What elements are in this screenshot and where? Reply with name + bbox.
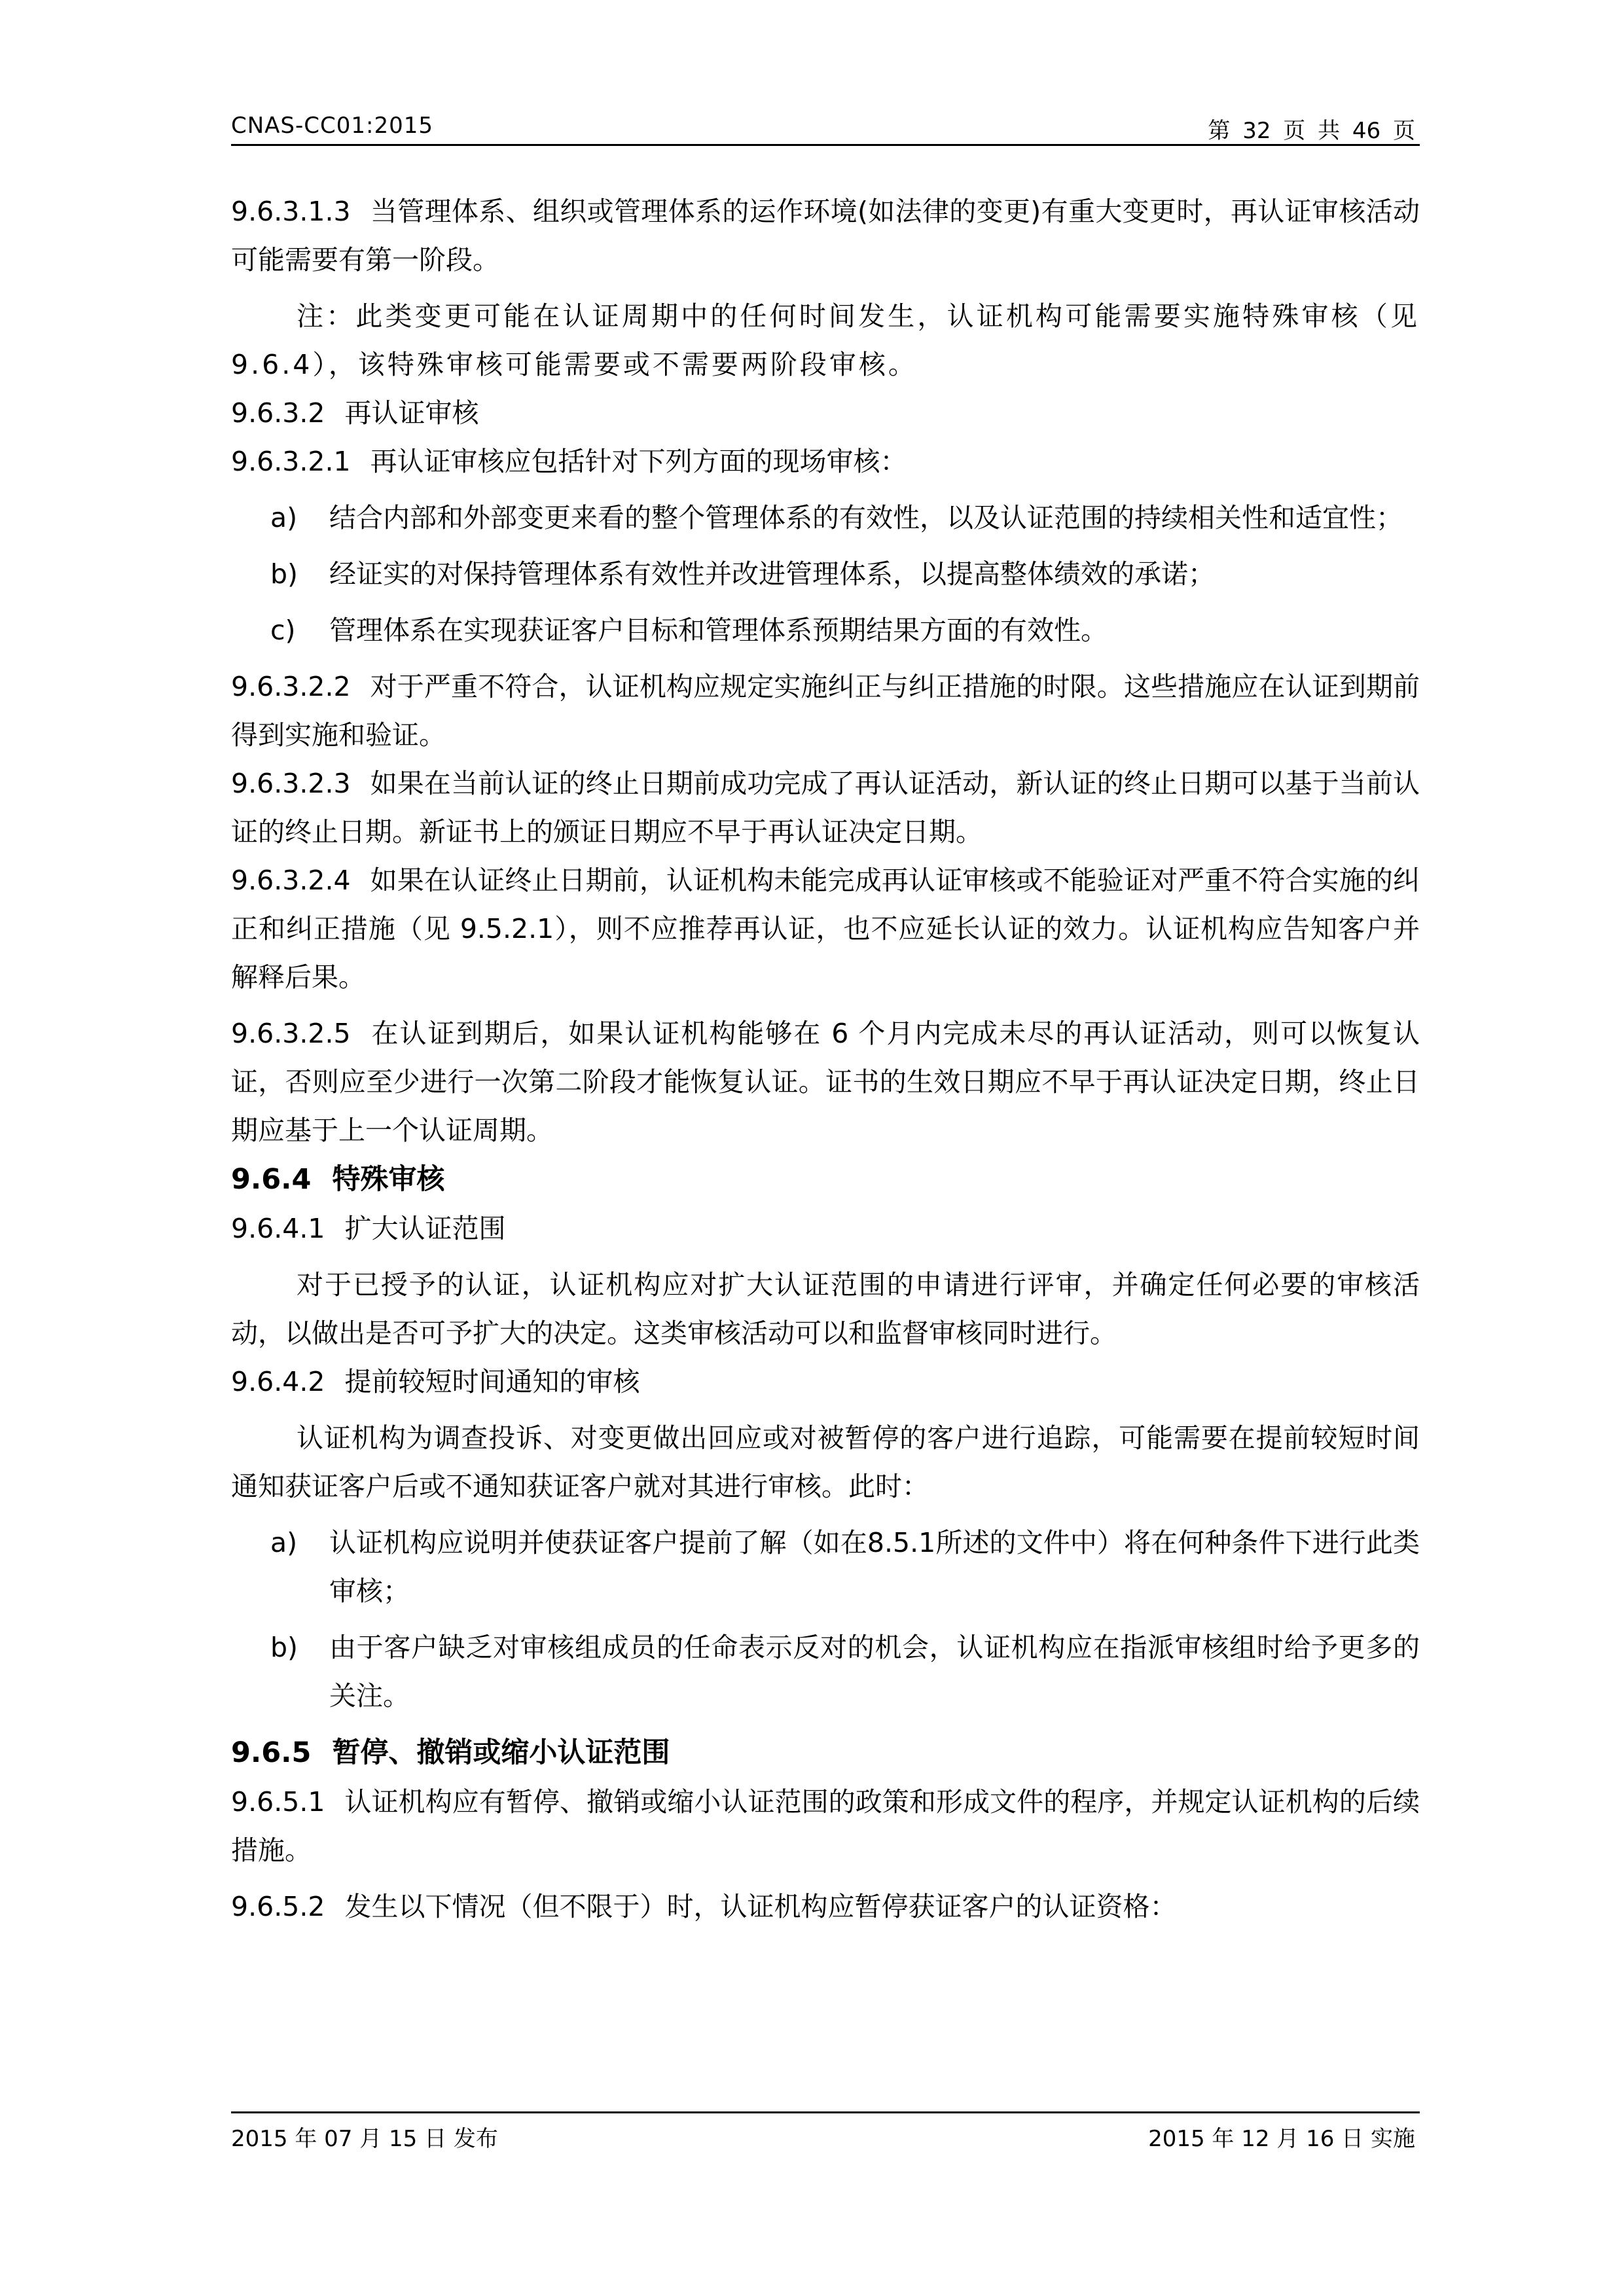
- clause-9-6-5-1: 9.6.5.1认证机构应有暂停、撤销或缩小认证范围的政策和形成文件的程序，并规定…: [231, 1778, 1420, 1874]
- paragraph: 认证机构为调查投诉、对变更做出回应或对被暂停的客户进行追踪，可能需要在提前较短时…: [231, 1414, 1420, 1511]
- footer-rule: [231, 2111, 1420, 2113]
- clause-9-6-3-2-1: 9.6.3.2.1再认证审核应包括针对下列方面的现场审核：: [231, 437, 1420, 486]
- clause-9-6-3-2-2: 9.6.3.2.2对于严重不符合，认证机构应规定实施纠正与纠正措施的时限。这些措…: [231, 662, 1420, 759]
- clause-9-6-3-1-3: 9.6.3.1.3当管理体系、组织或管理体系的运作环境(如法律的变更)有重大变更…: [231, 187, 1420, 284]
- list-item: c)管理体系在实现获证客户目标和管理体系预期结果方面的有效性。: [231, 606, 1420, 655]
- list-item: a)认证机构应说明并使获证客户提前了解（如在8.5.1所述的文件中）将在何种条件…: [231, 1518, 1420, 1615]
- list-item: b)由于客户缺乏对审核组成员的任命表示反对的机会，认证机构应在指派审核组时给予更…: [231, 1623, 1420, 1720]
- document-id: CNAS-CC01:2015: [231, 113, 433, 139]
- document-body: 9.6.3.1.3当管理体系、组织或管理体系的运作环境(如法律的变更)有重大变更…: [231, 187, 1420, 1931]
- section-heading-9-6-4: 9.6.4特殊审核: [231, 1155, 1420, 1204]
- clause-9-6-5-2: 9.6.5.2发生以下情况（但不限于）时，认证机构应暂停获证客户的认证资格：: [231, 1882, 1420, 1931]
- clause-9-6-4-1: 9.6.4.1扩大认证范围: [231, 1204, 1420, 1253]
- clause-9-6-3-2-3: 9.6.3.2.3如果在当前认证的终止日期前成功完成了再认证活动，新认证的终止日…: [231, 759, 1420, 856]
- clause-9-6-3-2: 9.6.3.2再认证审核: [231, 389, 1420, 437]
- list-item: b)经证实的对保持管理体系有效性并改进管理体系，以提高整体绩效的承诺；: [231, 550, 1420, 598]
- list-item: a)结合内部和外部变更来看的整个管理体系的有效性，以及认证范围的持续相关性和适宜…: [231, 493, 1420, 542]
- effective-date: 2015 年 12 月 16 日 实施: [1148, 2121, 1415, 2153]
- clause-9-6-3-2-5: 9.6.3.2.5在认证到期后，如果认证机构能够在 6 个月内完成未尽的再认证活…: [231, 1009, 1420, 1155]
- page-header: CNAS-CC01:2015 第 32 页 共 46 页: [231, 113, 1420, 144]
- clause-9-6-4-2: 9.6.4.2提前较短时间通知的审核: [231, 1357, 1420, 1406]
- note: 注：此类变更可能在认证周期中的任何时间发生，认证机构可能需要实施特殊审核（见 9…: [231, 292, 1420, 389]
- page-number: 第 32 页 共 46 页: [1208, 113, 1415, 145]
- paragraph: 对于已授予的认证，认证机构应对扩大认证范围的申请进行评审，并确定任何必要的审核活…: [231, 1261, 1420, 1357]
- section-heading-9-6-5: 9.6.5暂停、撤销或缩小认证范围: [231, 1728, 1420, 1778]
- issue-date: 2015 年 07 月 15 日 发布: [231, 2121, 498, 2153]
- header-rule: [231, 144, 1420, 146]
- clause-9-6-3-2-4: 9.6.3.2.4如果在认证终止日期前，认证机构未能完成再认证审核或不能验证对严…: [231, 856, 1420, 1001]
